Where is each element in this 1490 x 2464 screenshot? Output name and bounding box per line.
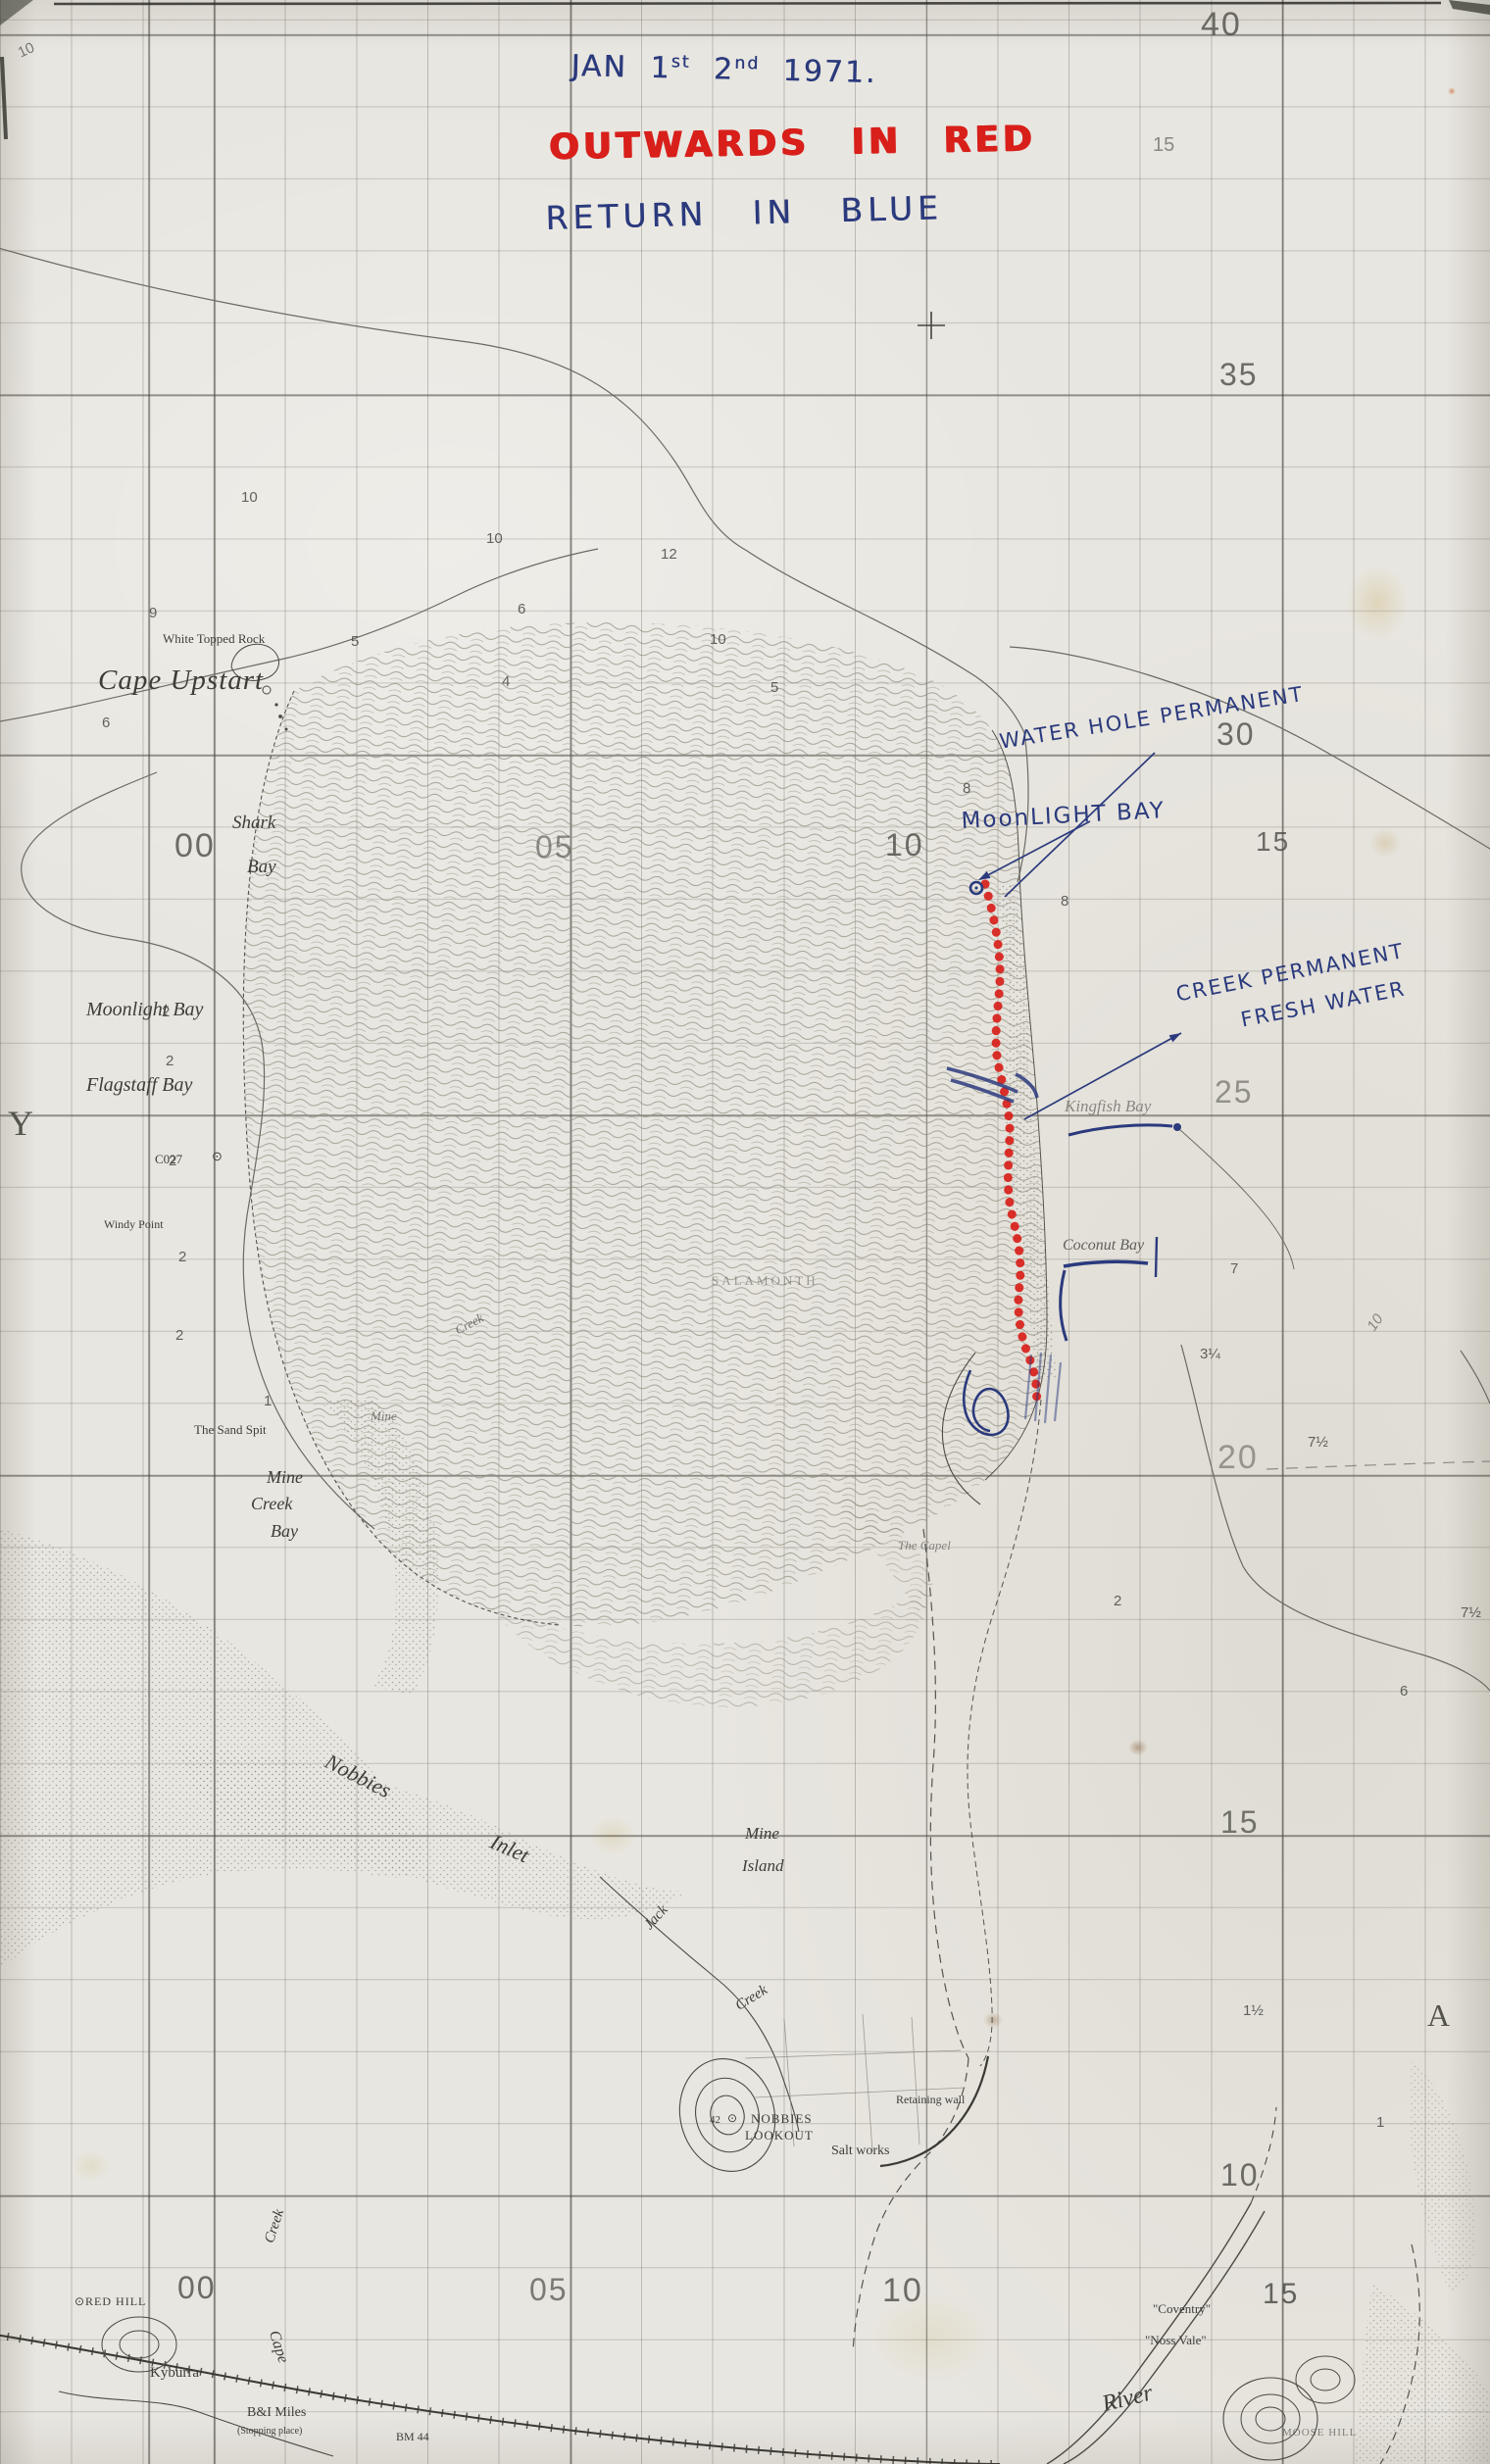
annotation-legend-outwards: OUTWARDS IN RED [549,121,1036,166]
scanned-map-page: 403530252015100005101500051015White Topp… [0,0,1490,2464]
annotation-legend-return: RETURN IN BLUE [545,191,943,235]
annotation-moonlight-bay: MoonLIGHT BAY [961,799,1166,833]
date-part: 2 [690,52,734,87]
date-superscript: st [670,52,690,72]
annotation-water-hole: WATER HOLE PERMANENT [998,683,1306,753]
handwritten-annotations-layer: JAN 1st 2nd 1971. OUTWARDS IN RED RETURN… [0,0,1490,2464]
annotation-date: JAN 1st 2nd 1971. [571,51,877,89]
date-superscript: nd [734,54,761,74]
date-part: 1971. [760,53,877,90]
date-part: JAN 1 [571,49,671,85]
